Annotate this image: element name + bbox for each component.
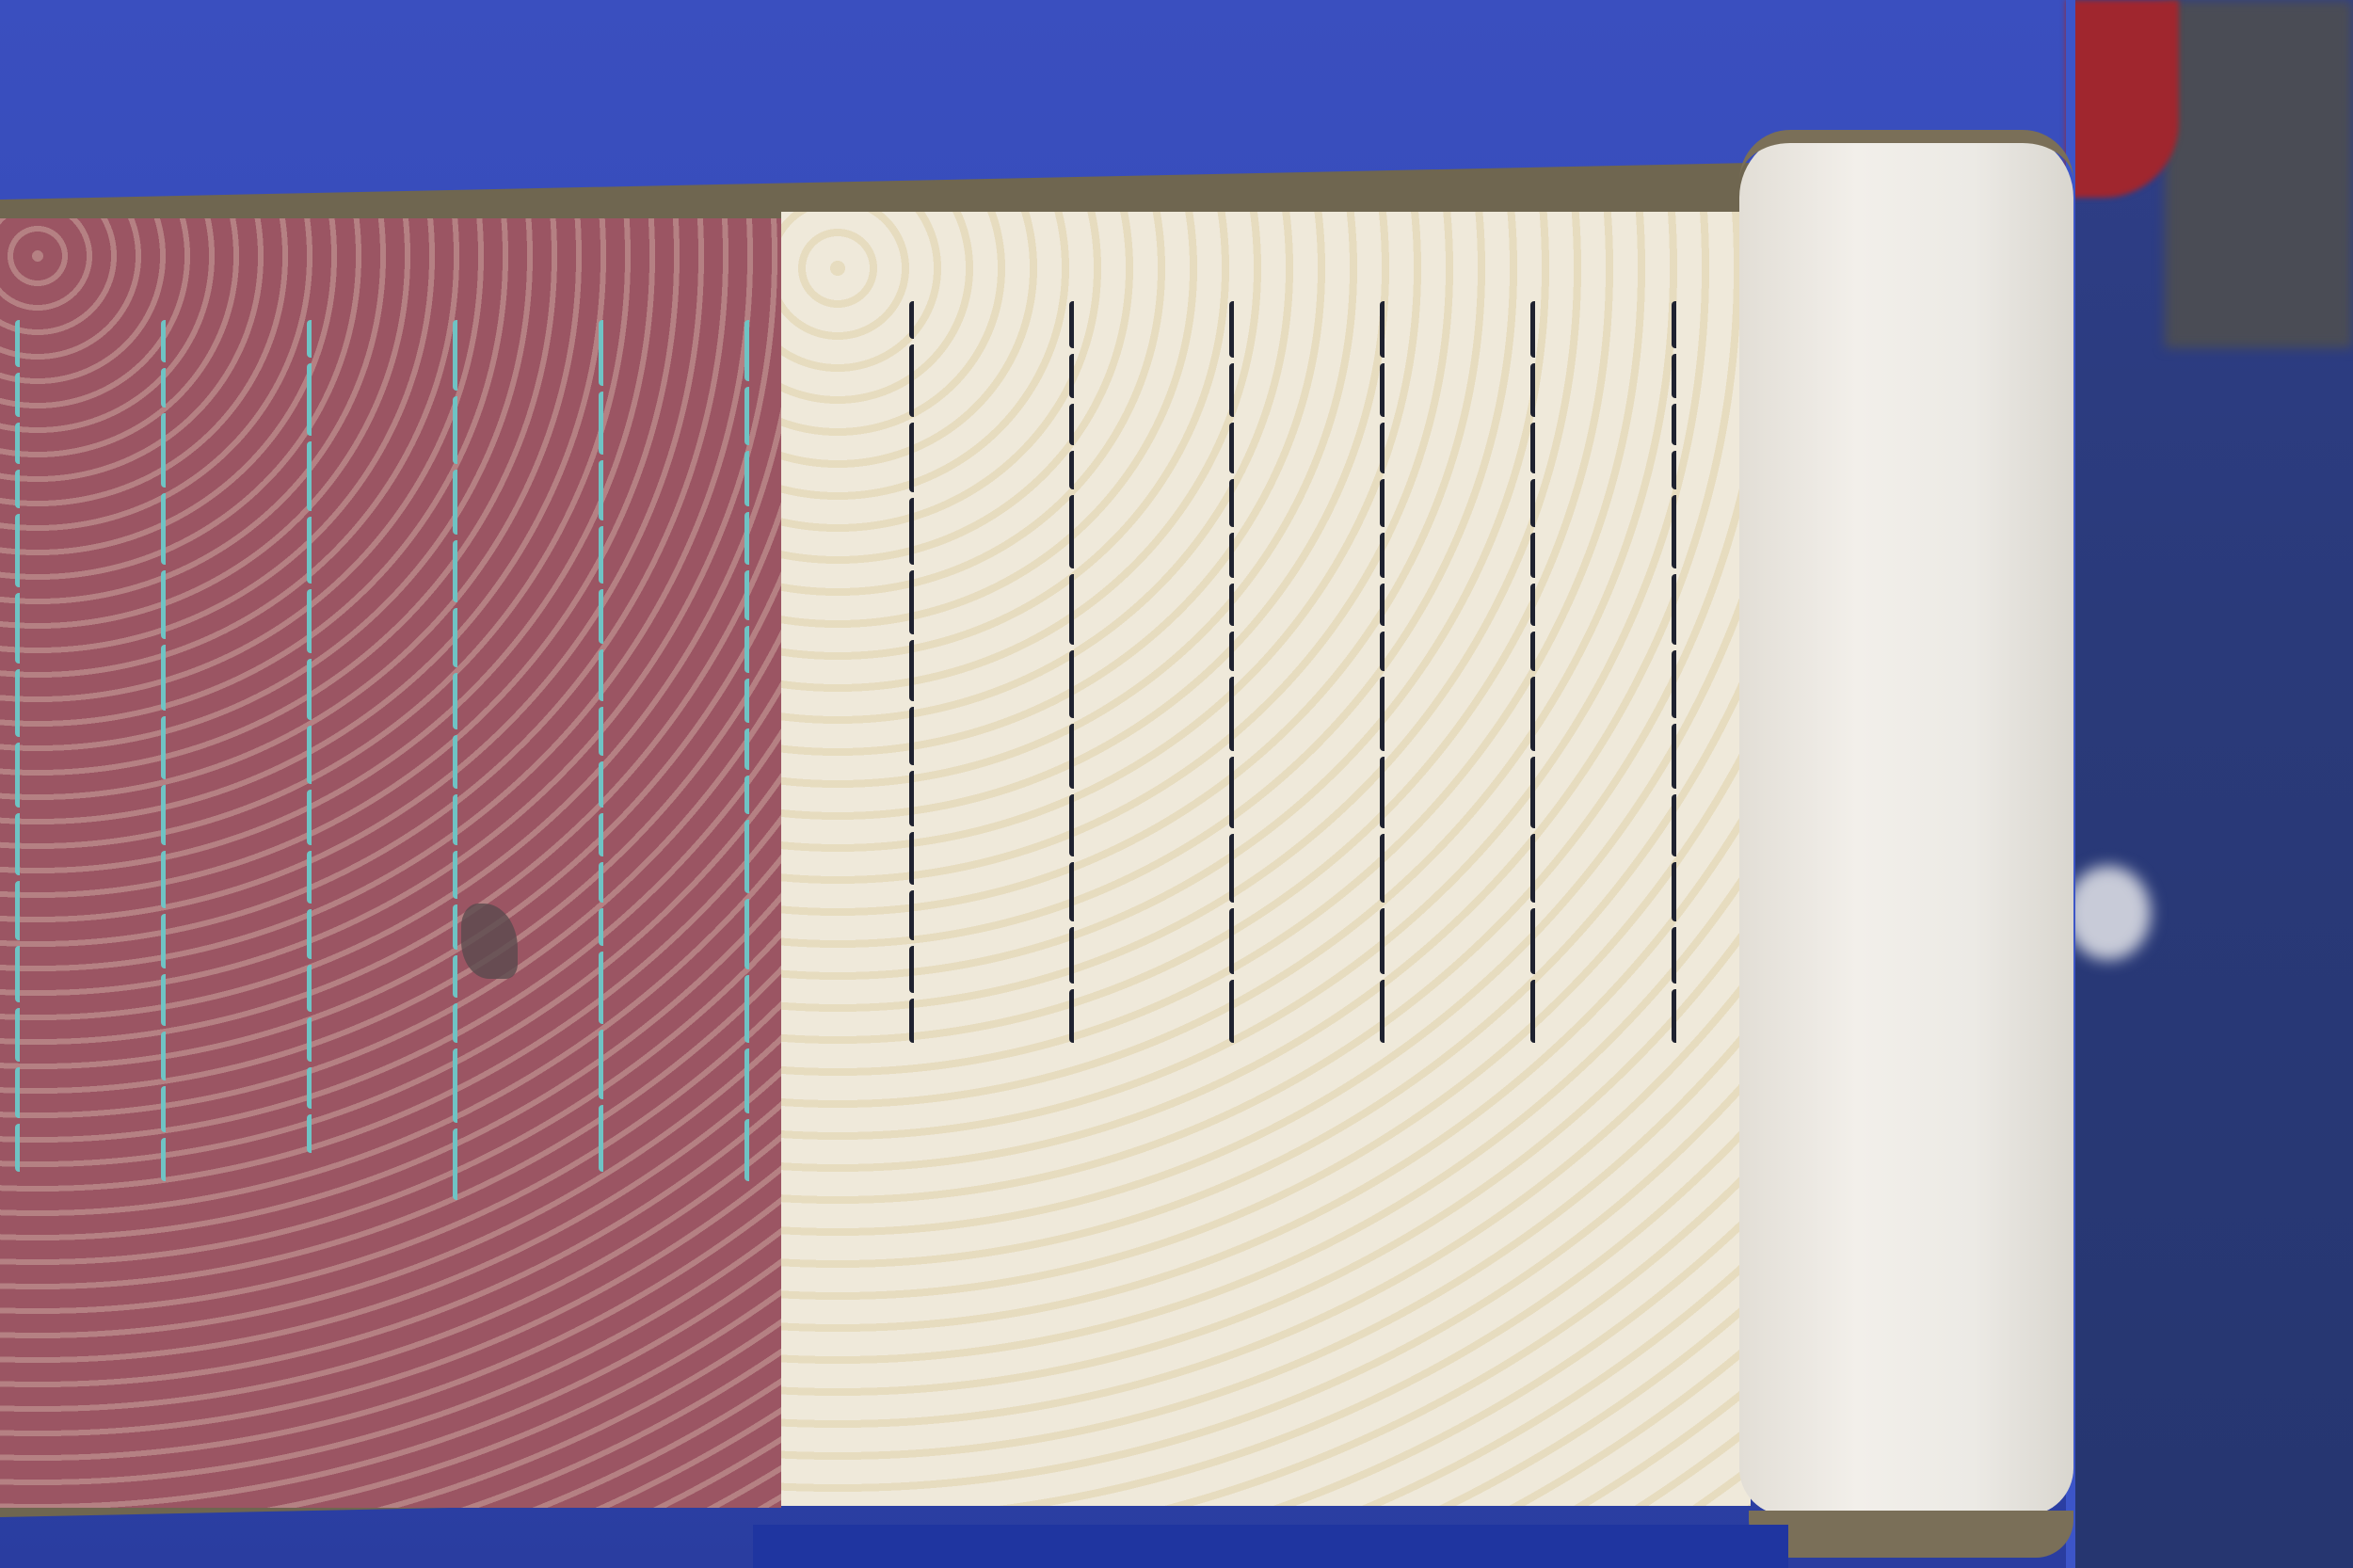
blurred-red-object [2066, 0, 2179, 198]
script-column [1224, 301, 1246, 1048]
script-column [1064, 301, 1086, 1048]
script-column [1374, 301, 1397, 1048]
display-stand [753, 1525, 1788, 1568]
script-column [739, 320, 761, 1187]
script-column [447, 320, 470, 1206]
script-column [301, 320, 324, 1159]
roller-bottom-cap [1749, 1511, 2073, 1558]
script-column [155, 320, 178, 1187]
blurred-white-object [2066, 866, 2151, 960]
blurred-gray-object [2165, 0, 2353, 348]
script-column [593, 320, 616, 1177]
roller-top-cap [1739, 130, 2073, 181]
script-column [904, 301, 926, 1048]
script-column [1666, 301, 1689, 1048]
script-column [9, 320, 32, 1177]
scroll-roller [1739, 132, 2073, 1515]
red-silk-panel [0, 218, 781, 1508]
script-column [1525, 301, 1547, 1048]
white-silk-panel [781, 212, 1751, 1506]
